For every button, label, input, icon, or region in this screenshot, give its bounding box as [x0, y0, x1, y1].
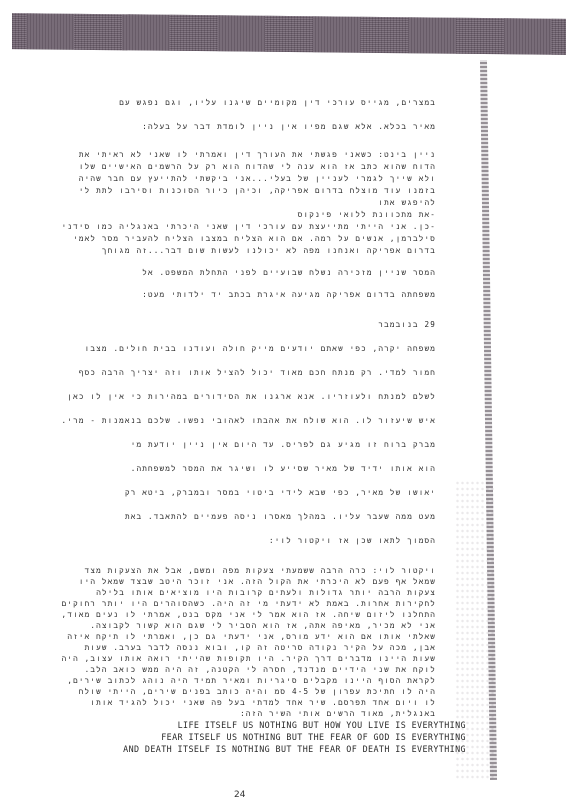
text-line: שאלתי אותו אם הוא ידע מורס, אני ידעתי גם… [67, 632, 436, 642]
page-number: 24 [234, 790, 245, 800]
poem-line: LIFE ITSELF US NOTHING BUT HOW YOU LIVE … [178, 720, 466, 730]
text-line: לקראת הסוף היינו מקבלים סיגריות ומאיר תמ… [67, 676, 436, 686]
text-line: המסר שניין מזכירה נשלח שבועיים לפני התחל… [142, 268, 436, 278]
text-line: איש שיעזור לו. הוא שולח את אהבתו לאהובי … [62, 416, 436, 426]
poem-line: AND DEATH ITSELF IS NOTHING BUT THE FEAR… [123, 744, 466, 754]
letter-date: 29 בנובמבר [378, 320, 436, 330]
text-line: לחקירות אחרות. באמת לא ידעתי מי זה היה. … [62, 599, 436, 609]
text-line: שמאל אף פעם לא היכרתי את הקול הזה. אני ז… [79, 577, 436, 587]
text-line: -את מתכוונת ללואי פינקוס [298, 210, 436, 220]
text-line: אבן, מכה על הקיר נקודה סריטה זה קו, ובוא… [85, 643, 436, 653]
text-line: לו ויום אחד תפרסם. שיר אחד למדתי בעל פה … [90, 698, 436, 708]
text-line: בזמנו עוד מוצלח בדרום אפריקה, וכיהן כיור… [79, 186, 436, 196]
text-line: באנגלית, מאוד הרשים אותי השיר הזה: [240, 709, 436, 719]
text-line: ויקטור לוי: כרה הרבה ששמעתי צעקות מפה ומ… [85, 566, 436, 576]
text-line: אני לא מכיר, מאיפה אתה, אז הוא הסביר לי … [90, 621, 436, 631]
text-line: סילברמן, אנשים על רמה. אם הוא הצליח במצב… [73, 234, 436, 244]
text-line: מעט ממה שעבר עליו. במהלך מאסרו ניסה פעמי… [125, 512, 436, 522]
text-line: הוא אותו ידיד של מאיר שסייע לו ושיגר את … [131, 464, 436, 474]
text-line: לוקח את שני הידיים מנדנד, חסרה לי הקטנה,… [85, 665, 436, 675]
text-line: מברק ברוח זו מגיע גם לפריס. עד היום אין … [131, 440, 436, 450]
text-line: -כן. אני הייתי מתייעצת עם עורכי דין שאני… [62, 222, 436, 232]
text-line: שעות היינו מדברים דרך הקיר. היו תקופות ש… [62, 654, 436, 664]
text-line: התחלנו ליזום שיחה. אז הוא אמר לי אני מקס… [62, 610, 436, 620]
text-line: הסמוך לתאו שכן אז ויקטור לוי: [269, 536, 436, 546]
text-line: הדוח שהוא כתב אז הוא ענה לי שהדוח הוא רק… [79, 162, 436, 172]
text-line: היה לו חתיכת עפרון של 4-5 סמ והיה כותב ב… [79, 687, 436, 697]
text-line: להיפגש אתו [378, 198, 436, 208]
poem-line: FEAR ITSELF US NOTHING BUT THE FEAR OF G… [161, 732, 466, 742]
text-line: צעקות הרבה יותר גדולות ולעתים קרובות היו… [96, 588, 436, 598]
text-line: במצרים, מגייס עורכי דין מקומיים שיגנו על… [119, 98, 436, 108]
text-line: מאיר בכלא. אלא שגם מפיו אין ניין לומדת ד… [142, 122, 436, 132]
text-line: ניין בינט: כשאני פגשתי את העורך דין ואמר… [79, 150, 436, 160]
document-page: במצרים, מגייס עורכי דין מקומיים שיגנו על… [0, 0, 566, 800]
text-line: בדרום אפריקה ואנחנו מפה לא יכולנו לעשות … [102, 246, 436, 256]
text-line: לשלם למנתח ולעוזריו. אנא ארגנו את הסידור… [67, 392, 436, 402]
text-line: משפחתה בדרום אפריקה מגיעה איגרת בכתב יד … [142, 290, 436, 300]
text-line: ולא שייך לגמרי לעניין של בעלי...אני ביקש… [79, 174, 436, 184]
text-line: משפחה יקרה, כפי שאתם יודעים מייק חולה וע… [85, 344, 436, 354]
text-line: יאושו של מאיר, כפי שבא לידי ביטוי במסר ו… [125, 488, 436, 498]
text-line: חמור למדי. רק מנתח חכם מאוד יכול להציל א… [79, 368, 436, 378]
